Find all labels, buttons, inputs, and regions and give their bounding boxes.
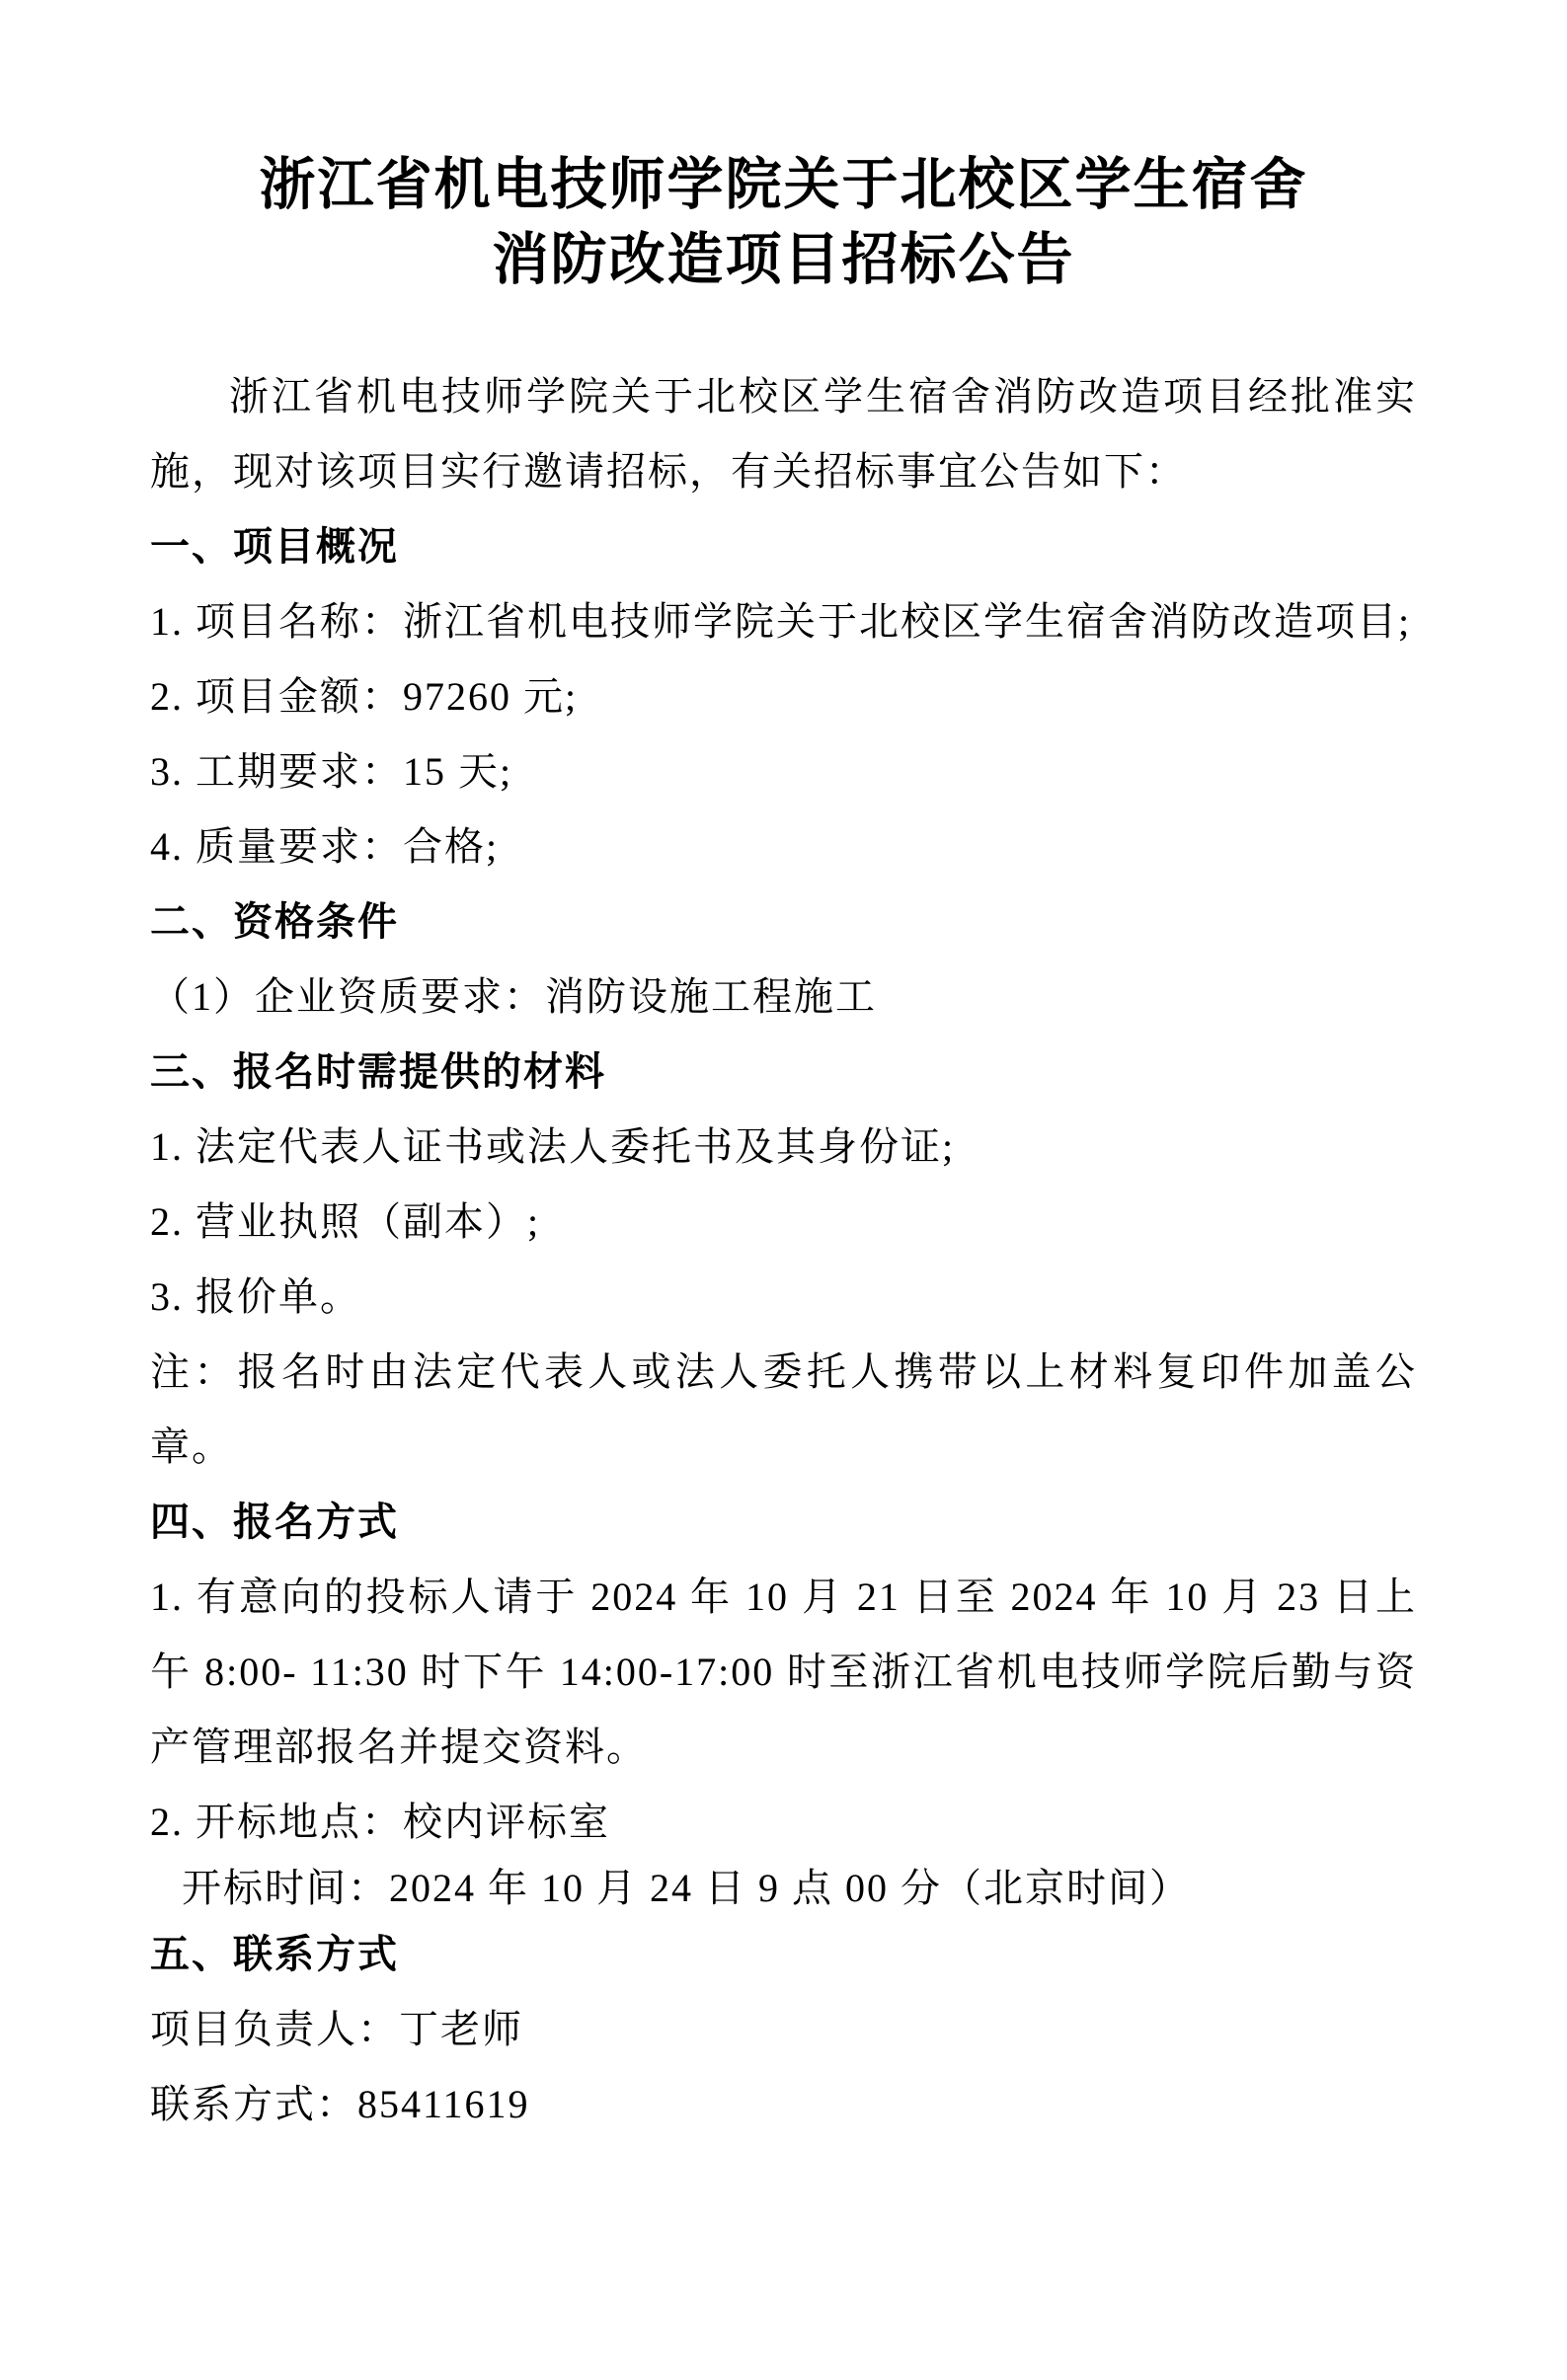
document-body: 浙江省机电技师学院关于北校区学生宿舍消防改造项目经批准实施，现对该项目实行邀请招… <box>150 359 1417 2142</box>
material-1-item: 1. 法定代表人证书或法人委托书及其身份证; <box>150 1110 1417 1185</box>
intro-paragraph: 浙江省机电技师学院关于北校区学生宿舍消防改造项目经批准实施，现对该项目实行邀请招… <box>150 359 1417 509</box>
duration-requirement-item: 3. 工期要求：15 天; <box>150 734 1417 809</box>
page-title-line-2: 消防改造项目招标公告 <box>150 223 1417 298</box>
page-title: 浙江省机电技师学院关于北校区学生宿舍 消防改造项目招标公告 <box>150 148 1417 298</box>
section-4-heading: 四、报名方式 <box>150 1485 1417 1560</box>
material-2-item: 2. 营业执照（副本）; <box>150 1185 1417 1260</box>
section-5-heading: 五、联系方式 <box>150 1917 1417 1992</box>
bid-opening-time-item: 开标时间：2024 年 10 月 24 日 9 点 00 分（北京时间） <box>150 1860 1417 1917</box>
bid-opening-location-item: 2. 开标地点：校内评标室 <box>150 1785 1417 1860</box>
qualification-item: （1）企业资质要求：消防设施工程施工 <box>150 960 1417 1035</box>
material-3-item: 3. 报价单。 <box>150 1260 1417 1335</box>
section-1-heading: 一、项目概况 <box>150 509 1417 584</box>
document-page: 浙江省机电技师学院关于北校区学生宿舍 消防改造项目招标公告 浙江省机电技师学院关… <box>0 0 1567 2380</box>
registration-info-item: 1. 有意向的投标人请于 2024 年 10 月 21 日至 2024 年 10… <box>150 1560 1417 1785</box>
project-name-item: 1. 项目名称：浙江省机电技师学院关于北校区学生宿舍消防改造项目; <box>150 584 1417 659</box>
note-item: 注：报名时由法定代表人或法人委托人携带以上材料复印件加盖公章。 <box>150 1335 1417 1485</box>
quality-requirement-item: 4. 质量要求：合格; <box>150 809 1417 884</box>
page-title-line-1: 浙江省机电技师学院关于北校区学生宿舍 <box>150 148 1417 223</box>
section-2-heading: 二、资格条件 <box>150 884 1417 960</box>
project-leader-item: 项目负责人：丁老师 <box>150 1992 1417 2067</box>
project-amount-item: 2. 项目金额：97260 元; <box>150 659 1417 734</box>
contact-number-item: 联系方式：85411619 <box>150 2067 1417 2142</box>
section-3-heading: 三、报名时需提供的材料 <box>150 1035 1417 1110</box>
